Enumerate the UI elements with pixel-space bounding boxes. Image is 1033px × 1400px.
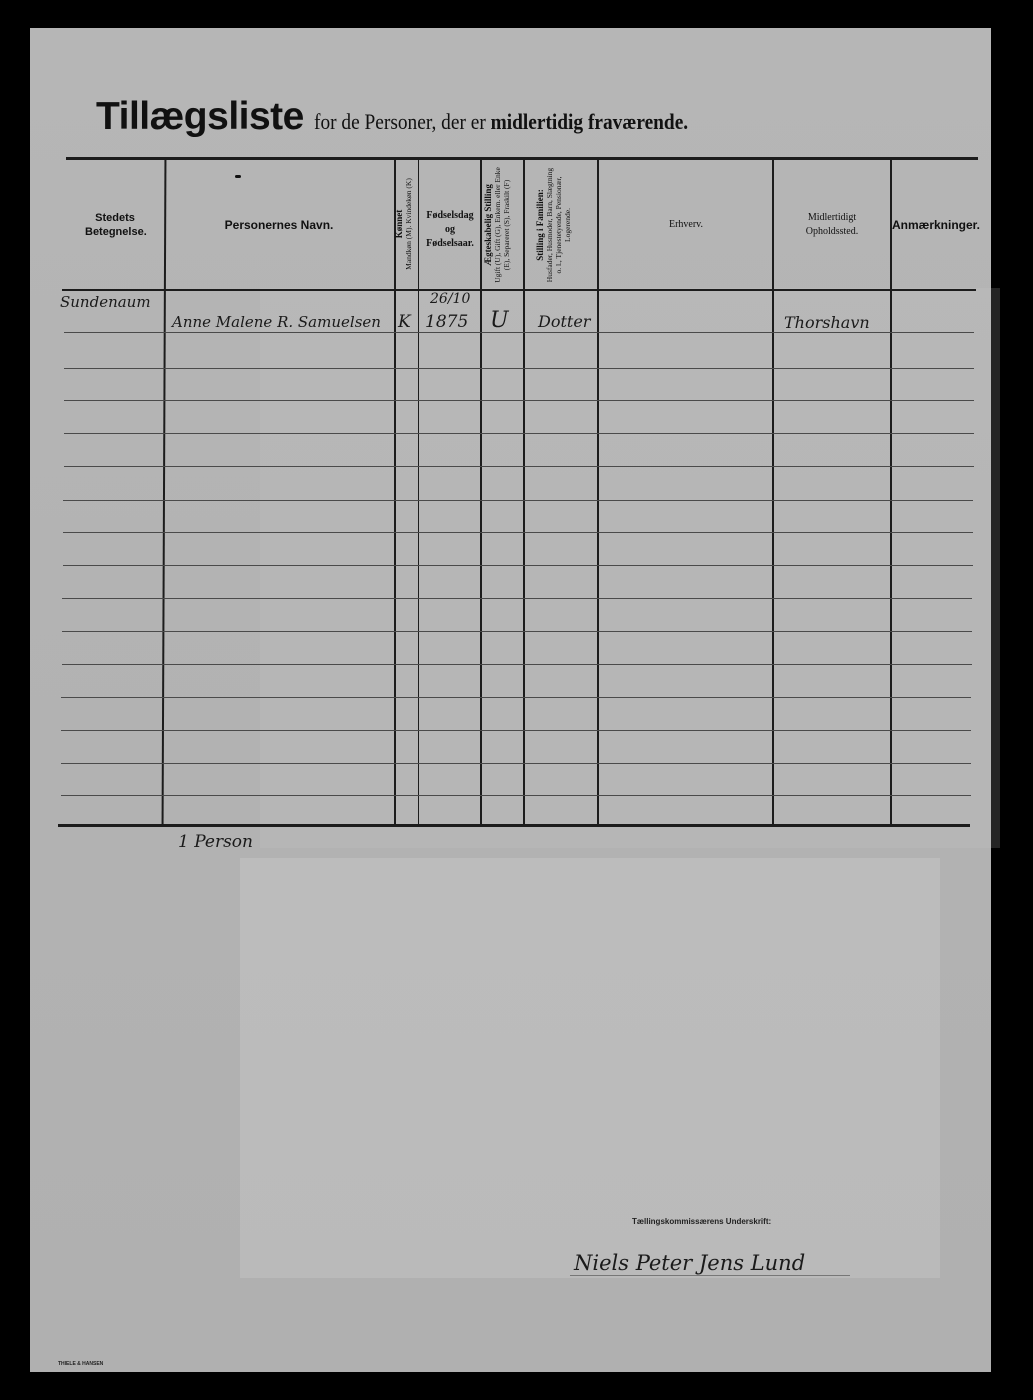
row-line — [63, 500, 973, 501]
header-navn: Personernes Navn. — [166, 200, 392, 250]
form-title-main: Tillægsliste — [96, 95, 304, 138]
column-divider — [772, 160, 774, 825]
row-line — [62, 631, 972, 632]
paper-discoloration — [240, 858, 940, 1278]
signature-label: Tællingskommissærens Underskrift: — [632, 1217, 771, 1226]
table-top-rule — [66, 157, 978, 160]
header-kon: Kønnet Mandkøn (M). Kvindekøn (K) — [395, 164, 417, 284]
header-erhverv: Erhverv. — [600, 210, 772, 240]
form-title: Tillægsliste for de Personer, der er mid… — [96, 95, 739, 139]
cell-navn: Anne Malene R. Samuelsen — [172, 313, 381, 331]
paper-discoloration — [260, 288, 1000, 848]
row-line — [63, 565, 973, 566]
row-line — [63, 532, 973, 533]
signature-underline — [570, 1275, 850, 1276]
cell-fodselsdag: 26/10 — [430, 291, 470, 307]
print-mark — [235, 175, 241, 178]
row-line — [64, 332, 974, 333]
row-line — [61, 795, 971, 796]
header-opholdssted: Midlertidigt Opholdssted. — [774, 205, 890, 245]
signature: Niels Peter Jens Lund — [574, 1251, 805, 1275]
row-line — [62, 598, 972, 599]
header-stedets: Stedets Betegnelse. — [70, 195, 160, 255]
row-line — [61, 763, 971, 764]
table-bottom-rule — [58, 824, 970, 827]
column-divider — [418, 160, 419, 825]
cell-aegteskab: U — [490, 308, 509, 333]
column-divider — [523, 160, 525, 825]
form-title-sub: for de Personer, der er midlertidig frav… — [314, 109, 688, 135]
row-line — [61, 730, 971, 731]
header-fodsel: Fødselsdag og Fødselsaar. — [420, 195, 480, 265]
header-aegteskab: Ægteskabelig Stilling Ugift (U), Gift (G… — [484, 160, 520, 290]
row-line — [64, 433, 974, 434]
row-line — [61, 697, 971, 698]
cell-familie: Dotter — [538, 312, 590, 331]
column-divider — [597, 160, 599, 825]
cell-kon: K — [398, 312, 411, 332]
cell-fodselsaar: 1875 — [425, 312, 468, 332]
printer-mark: THIELE & HANSEN — [58, 1361, 103, 1367]
header-anmaerkninger: Anmærkninger. — [892, 210, 980, 240]
header-familie: Stilling i Familien: Husfader, Husmoder,… — [536, 160, 580, 290]
row-line — [62, 664, 972, 665]
cell-opholdssted: Thorshavn — [784, 313, 870, 332]
column-divider — [890, 160, 892, 825]
column-divider — [480, 160, 482, 825]
row-line — [64, 466, 974, 467]
row-line — [64, 368, 974, 369]
person-count-note: 1 Person — [178, 832, 253, 852]
cell-stedets: Sundenaum — [60, 293, 151, 311]
row-line — [64, 400, 974, 401]
